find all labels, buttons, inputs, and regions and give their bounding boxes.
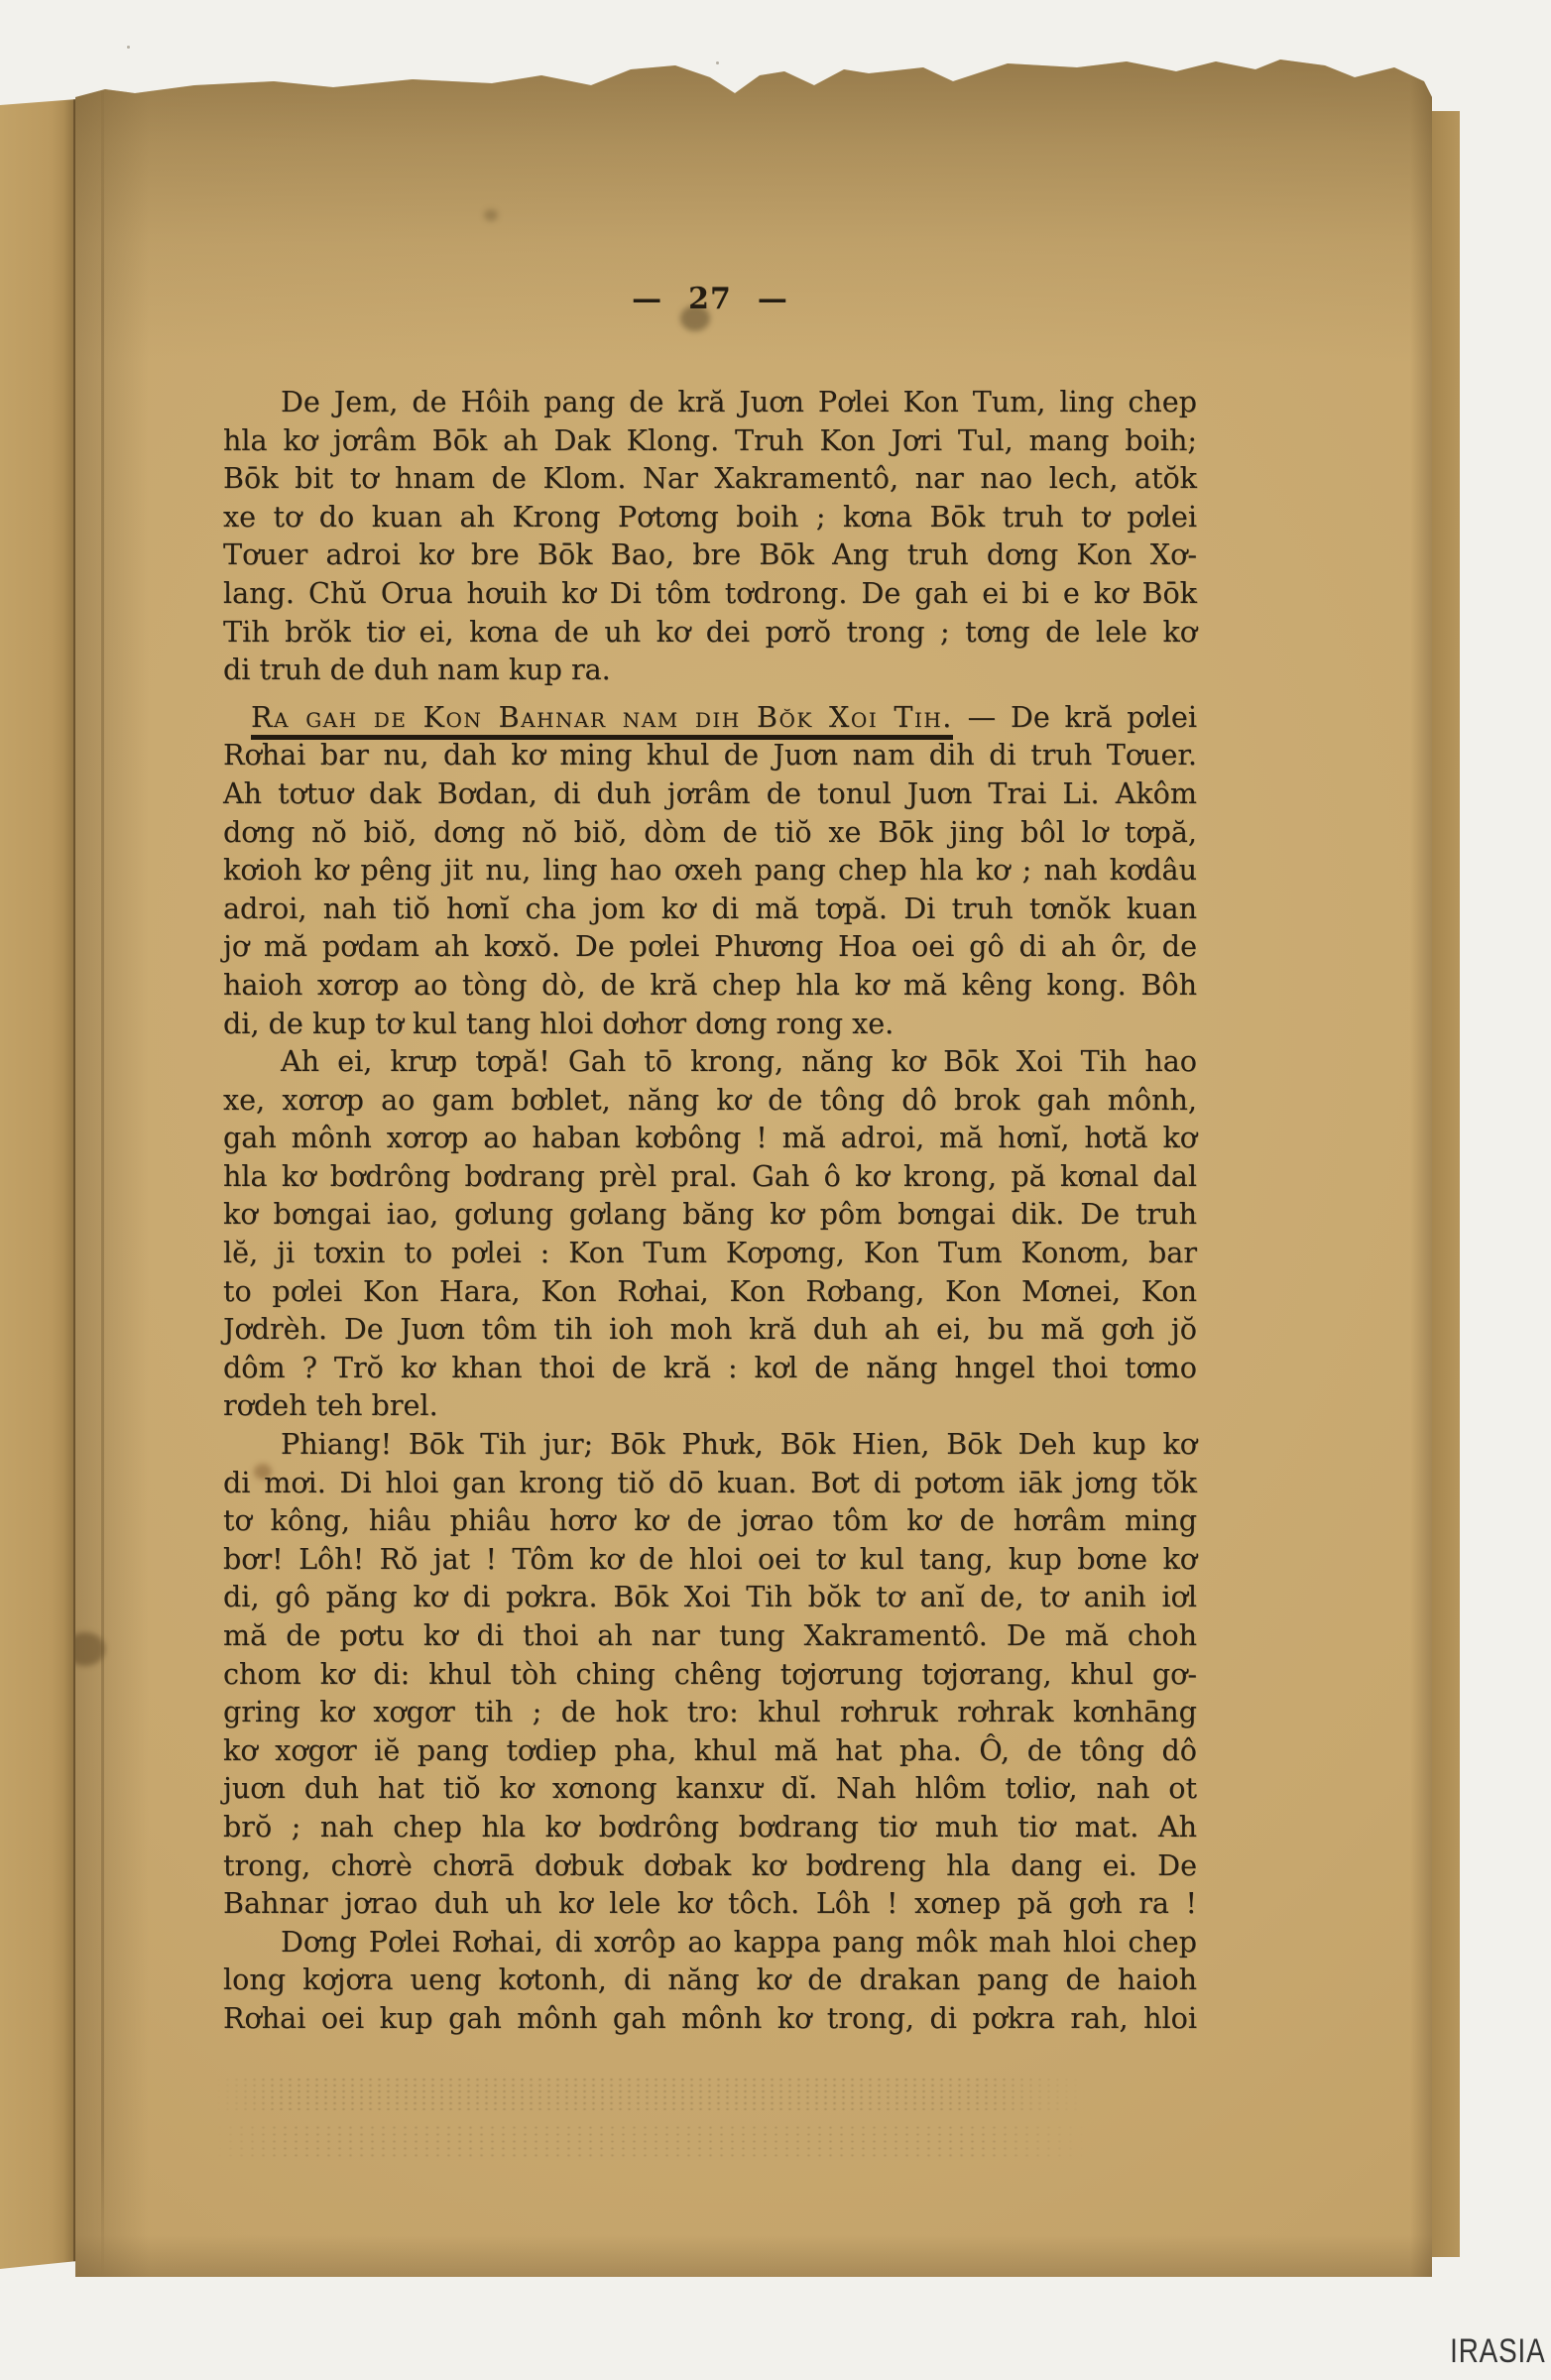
text-line: juơn duh hat tiŏ kơ xơnong kanxư dĭ. Nah… — [223, 1769, 1197, 1808]
text-line: Tih brŏk tiơ ei, kơna de uh kơ dei pơrŏ … — [223, 613, 1197, 652]
paragraph: Phiang! Bōk Tih jur; Bōk Phưk, Bōk Hien,… — [223, 1425, 1197, 1923]
text-line: di, gô păng kơ di pơkra. Bōk Xoi Tih bŏk… — [223, 1578, 1197, 1616]
text-line: dôm ? Trŏ kơ khan thoi de kră : kơl de n… — [223, 1349, 1197, 1387]
text-line: tơ kông, hiâu phiâu hơrơ kơ de jơrao tôm… — [223, 1501, 1197, 1540]
paper-crease — [101, 56, 104, 2277]
text-line: mă de pơtu kơ di thoi ah nar tung Xakram… — [223, 1616, 1197, 1655]
text-line: Ah ei, krưp tơpă! Gah tō krong, năng kơ … — [223, 1042, 1197, 1081]
text-line: lang. Chŭ Orua hơuih kơ Di tôm tơdrong. … — [223, 574, 1197, 613]
page-number: 27 — [662, 282, 758, 316]
text-line: Rơhai oei kup gah mônh gah mônh kơ trong… — [223, 1999, 1197, 2038]
text-line: di, de kup tơ kul tang hloi dơhơr dơng r… — [223, 1005, 1197, 1043]
page-number-dash-left: — — [632, 282, 662, 316]
text-line: chom kơ di: khul tòh ching chêng tơjơrun… — [223, 1655, 1197, 1694]
text-line: rơdeh teh brel. — [223, 1386, 1197, 1425]
text-line: trong, chơrè chơrā dơbuk dơbak kơ bơdren… — [223, 1846, 1197, 1885]
paper-stain — [484, 209, 498, 221]
text-line: Rơhai bar nu, dah kơ ming khul de Juơn n… — [223, 736, 1197, 774]
watermark-label: IRASIA — [1450, 2332, 1545, 2371]
text-line: Dơng Pơlei Rơhai, di xơrôp ao kappa pang… — [223, 1923, 1197, 1962]
scanned-book-page: { "watermark": "IRASIA", "colors": { "sc… — [0, 0, 1551, 2380]
left-page-edge — [0, 99, 77, 2269]
text-line: gah mônh xơrơp ao haban kơbông ! mă adro… — [223, 1119, 1197, 1157]
text-line: Bahnar jơrao duh uh kơ lele kơ tôch. Lôh… — [223, 1884, 1197, 1923]
dust-speck — [127, 46, 130, 49]
text-line: hla kơ jơrâm Bōk ah Dak Klong. Truh Kon … — [223, 421, 1197, 460]
text-line: kơioh kơ pêng jit nu, ling hao ơxeh pang… — [223, 851, 1197, 890]
text-line: hla kơ bơdrông bơdrang prèl pral. Gah ô … — [223, 1157, 1197, 1196]
text-line: kơ bơngai iao, gơlung gơlang băng kơ pôm… — [223, 1195, 1197, 1234]
page-number-dash-right: — — [758, 282, 788, 316]
paragraph: Ra gah de Kon Bahnar nam dih Bŏk Xoi Tih… — [223, 698, 1197, 1042]
text-line: Tơuer adroi kơ bre Bōk Bao, bre Bōk Ang … — [223, 535, 1197, 574]
text-line: jơ mă pơdam ah kơxŏ. De pơlei Phương Hoa… — [223, 927, 1197, 966]
text-block: De Jem, de Hôih pang de kră Juơn Pơlei K… — [223, 383, 1197, 2038]
text-line: Ra gah de Kon Bahnar nam dih Bŏk Xoi Tih… — [223, 698, 1197, 737]
text-line: di mơi. Di hloi gan krong tiŏ dō kuan. B… — [223, 1464, 1197, 1502]
text-line: di truh de duh nam kup ra. — [223, 651, 1197, 689]
text-line: long kơjơra ueng kơtonh, di năng kơ de d… — [223, 1961, 1197, 1999]
text-line: to pơlei Kon Hara, Kon Rơhai, Kon Rơbang… — [223, 1272, 1197, 1311]
text-line: De Jem, de Hôih pang de kră Juơn Pơlei K… — [223, 383, 1197, 421]
text-line: bơr! Lôh! Rŏ jat ! Tôm kơ de hloi oei tơ… — [223, 1540, 1197, 1579]
ink-showthrough — [214, 2077, 1087, 2110]
text-line: kơ xơgơr iĕ pang tơdiep pha, khul mă hat… — [223, 1731, 1197, 1770]
page-number-row: —27— — [223, 282, 1197, 316]
paragraph: Ah ei, krưp tơpă! Gah tō krong, năng kơ … — [223, 1042, 1197, 1425]
ink-showthrough — [214, 2124, 1087, 2158]
main-page: —27— De Jem, de Hôih pang de kră Juơn Pơ… — [75, 56, 1432, 2277]
text-line: xe tơ do kuan ah Krong Pơtơng boih ; kơn… — [223, 498, 1197, 536]
text-line: Bōk bit tơ hnam de Klom. Nar Xakramentô,… — [223, 459, 1197, 498]
text-line: dơng nŏ biŏ, dơng nŏ biŏ, dòm de tiŏ xe … — [223, 813, 1197, 852]
text-line: Phiang! Bōk Tih jur; Bōk Phưk, Bōk Hien,… — [223, 1425, 1197, 1464]
section-heading: Ra gah de Kon Bahnar nam dih Bŏk Xoi Tih… — [251, 700, 953, 740]
text-line: brŏ ; nah chep hla kơ bơdrông bơdrang ti… — [223, 1808, 1197, 1846]
text-line: lĕ, ji tơxin to pơlei : Kon Tum Kơpơng, … — [223, 1234, 1197, 1272]
paragraph: Dơng Pơlei Rơhai, di xơrôp ao kappa pang… — [223, 1923, 1197, 2038]
text-line: gring kơ xơgơr tih ; de hok tro: khul rơ… — [223, 1693, 1197, 1731]
text-line: haioh xơrơp ao tòng dò, de kră chep hla … — [223, 966, 1197, 1005]
dust-speck — [716, 61, 719, 64]
text-line: xe, xơrơp ao gam bơblet, năng kơ de tông… — [223, 1081, 1197, 1120]
paragraph: De Jem, de Hôih pang de kră Juơn Pơlei K… — [223, 383, 1197, 689]
text-line: Jơdrèh. De Juơn tôm tih ioh moh kră duh … — [223, 1310, 1197, 1349]
text-line: Ah tơtuơ dak Bơdan, di duh jơrâm de tonu… — [223, 774, 1197, 813]
text-line: adroi, nah tiŏ hơnĭ cha jom kơ di mă tơp… — [223, 890, 1197, 928]
